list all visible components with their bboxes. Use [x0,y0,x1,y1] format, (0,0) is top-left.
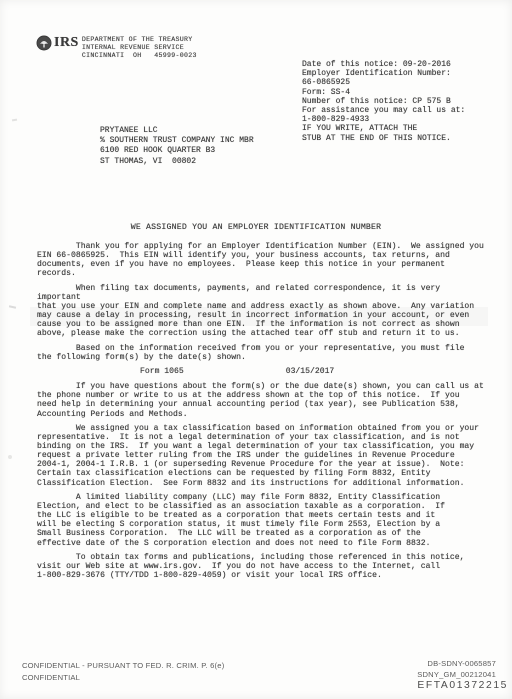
form-type: Form: SS-4 [302,88,502,97]
confidential-line-1: CONFIDENTIAL - PURSUANT TO FED. R. CRIM.… [22,660,224,672]
notice-date: Date of this notice: 09-20-2016 [302,60,502,69]
scanned-letter-page: IRS DEPARTMENT OF THE TREASURY INTERNAL … [0,0,512,699]
irs-wordmark: IRS [54,35,79,51]
notice-number: Number of this notice: CP 575 B [302,97,502,106]
subject-line: WE ASSIGNED YOU AN EMPLOYER IDENTIFICATI… [0,223,512,232]
confidential-line-2: CONFIDENTIAL [22,672,224,684]
stamp-db-number: DB-SDNY-0065857 [405,659,496,670]
letter-body: Thank you for applying for an Employer I… [37,242,487,585]
ein-label: Employer Identification Number: [302,69,502,78]
confidential-stamp: CONFIDENTIAL - PURSUANT TO FED. R. CRIM.… [22,660,224,683]
paragraph-tax-classification: We assigned you a tax classification bas… [37,424,487,488]
assistance-label: For assistance you may call us at: [302,106,502,115]
notice-info-column: Date of this notice: 09-20-2016 Employer… [302,60,502,143]
irs-eagle-logo-icon [36,35,52,51]
letterhead: IRS DEPARTMENT OF THE TREASURY INTERNAL … [36,34,197,60]
recipient-address: PRYTANEE LLC % SOUTHERN TRUST COMPANY IN… [100,126,254,167]
paragraph-obtain-forms: To obtain tax forms and publications, in… [37,553,487,580]
scan-speck [8,455,12,459]
paragraph-based-on-info: Based on the information received from y… [37,344,487,362]
department-address-lines: DEPARTMENT OF THE TREASURY INTERNAL REVE… [82,36,197,60]
required-form-due-date: 03/15/2017 [286,367,335,376]
production-stamp: DB-SDNY-0065857 SDNY_GM_00212041 EFTA013… [405,659,496,691]
required-form-row: Form 1065 03/15/2017 [37,367,487,376]
required-form-name: Form 1065 [140,367,184,376]
paragraph-thank-you: Thank you for applying for an Employer I… [37,242,487,279]
paragraph-questions: If you have questions about the form(s) … [37,382,487,419]
ein-value: 66-0865925 [302,78,502,87]
paragraph-when-filing: When filing tax documents, payments, and… [37,284,487,339]
write-attach-note: IF YOU WRITE, ATTACH THE STUB AT THE END… [302,124,502,142]
scan-speck [9,305,16,308]
bates-number: EFTA01372215 [417,681,508,692]
stamp-sdny-number: SDNY_GM_00212041 [405,670,496,681]
assistance-phone: 1-800-829-4933 [302,115,502,124]
scan-speck [12,119,17,121]
paragraph-llc: A limited liability company (LLC) may fi… [37,493,487,548]
